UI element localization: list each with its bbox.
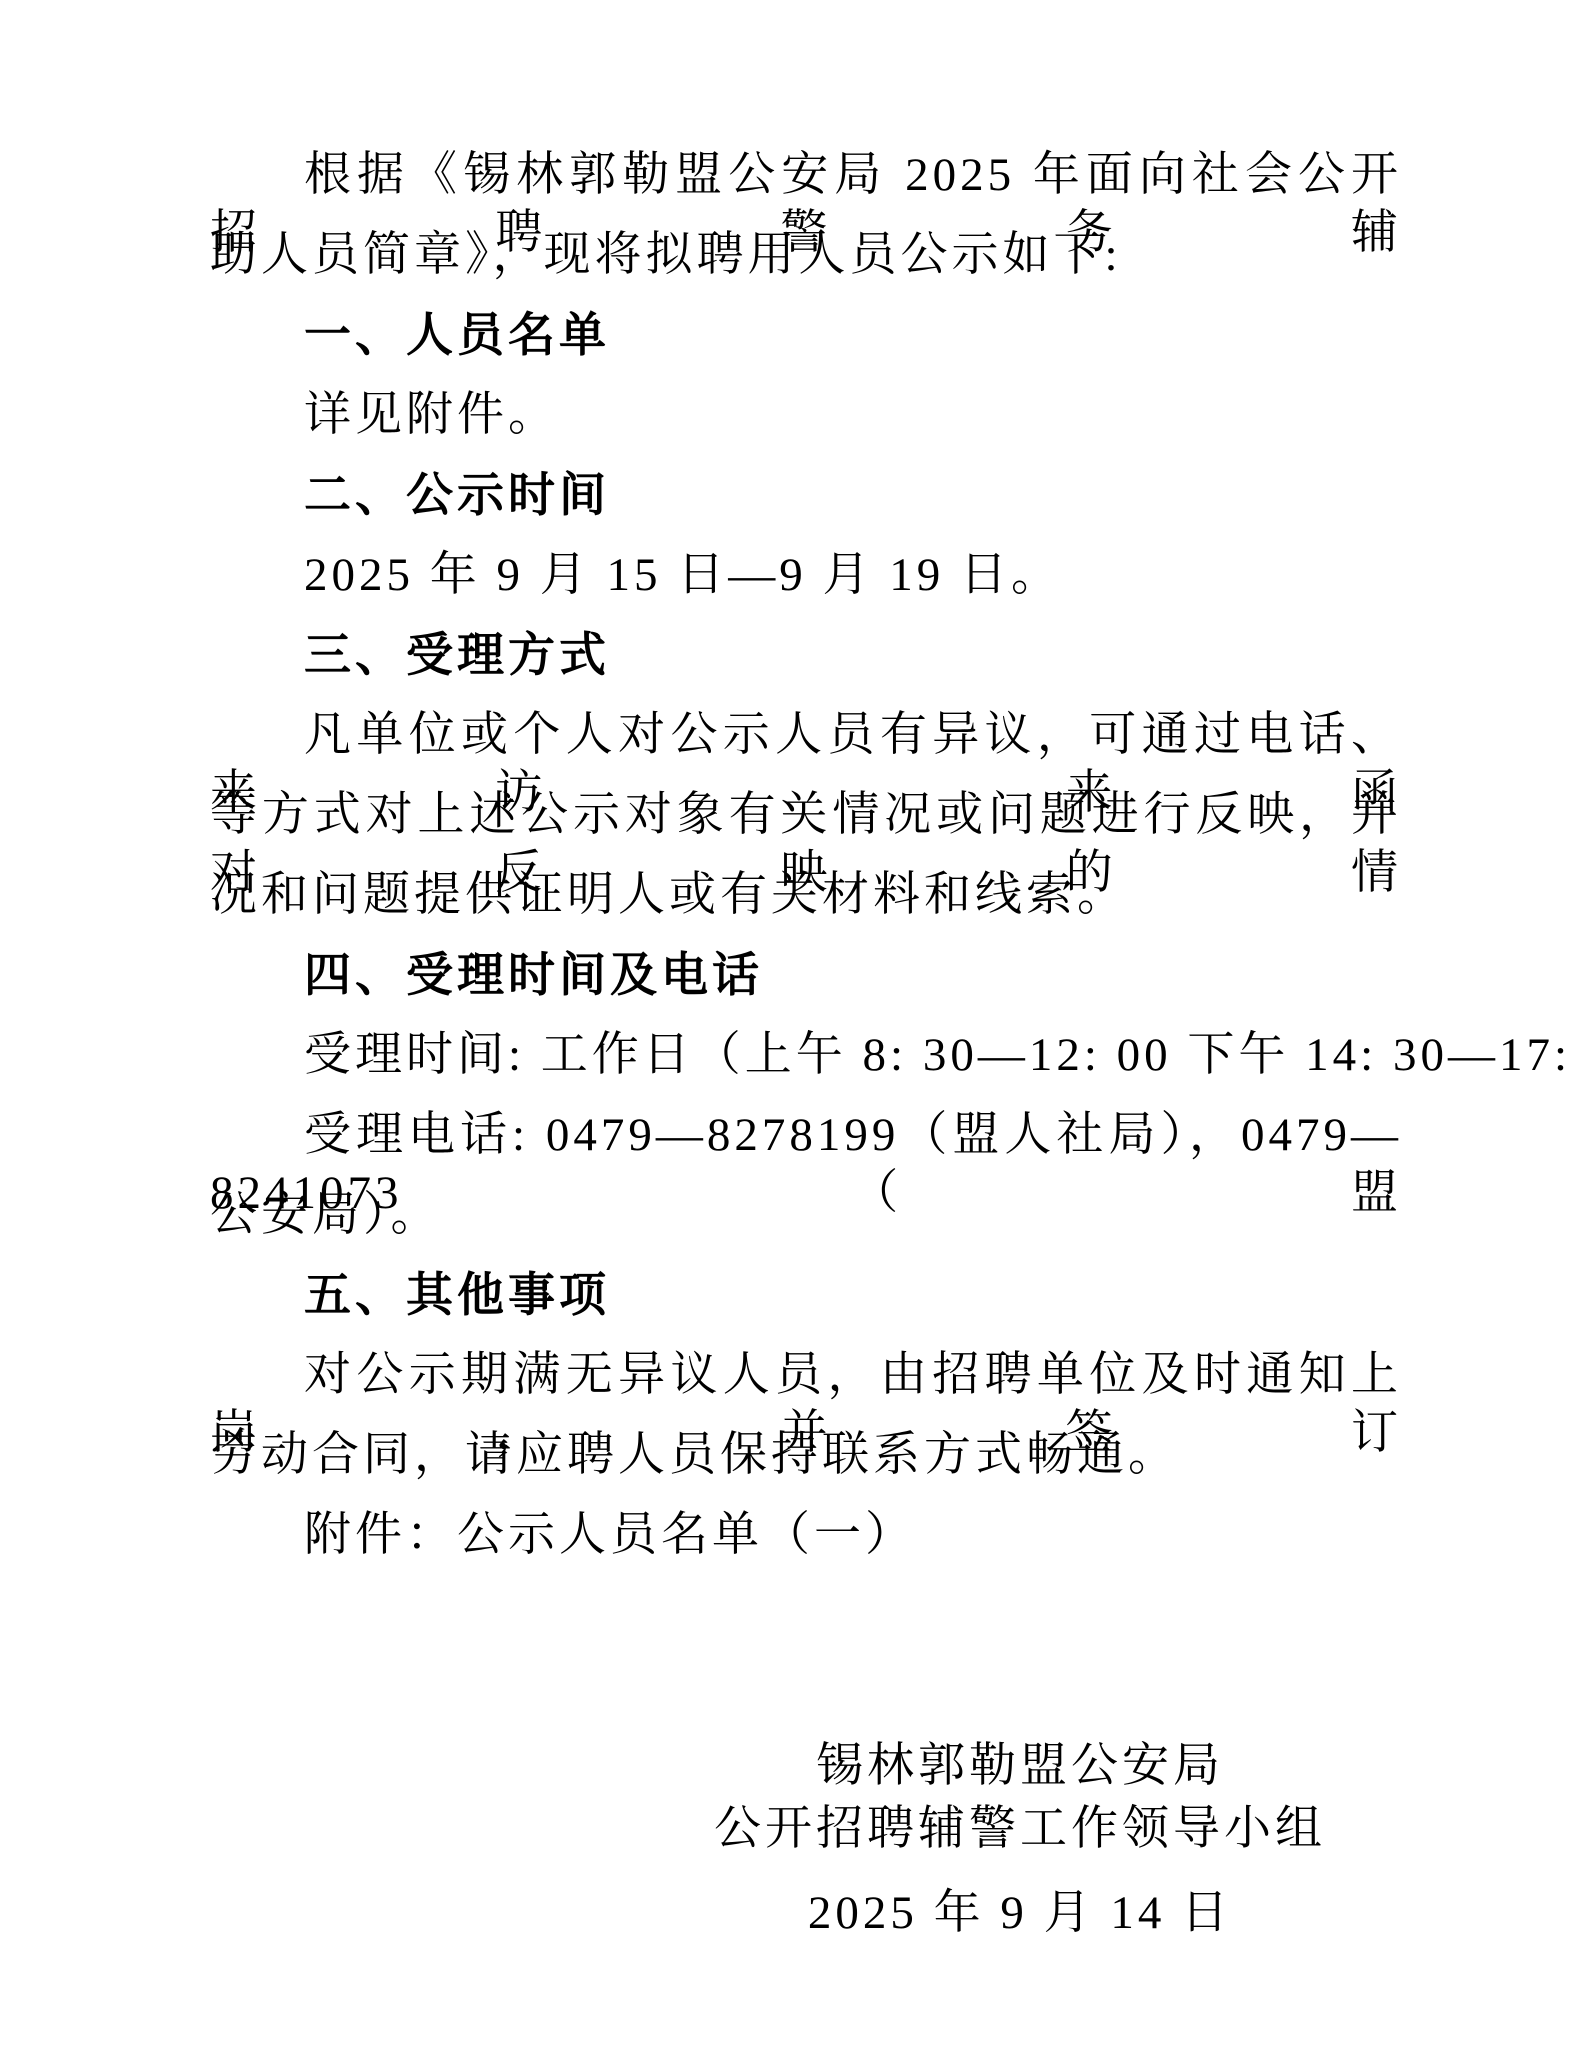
section-heading-1: 一、人员名单: [210, 306, 1402, 386]
section-heading-4: 四、受理时间及电话: [210, 946, 1402, 1026]
intro-paragraph-line-1: 根据《锡林郭勒盟公安局 2025 年面向社会公开招聘警务辅: [210, 146, 1402, 226]
section-1-body-line: 详见附件。: [210, 386, 1402, 466]
attachment-line: 附件：公示人员名单（一）: [210, 1506, 1402, 1586]
signature-date: 2025 年 9 月 14 日: [808, 1884, 1232, 1942]
section-heading-2: 二、公示时间: [210, 466, 1402, 546]
section-2-body-line: 2025 年 9 月 15 日—9 月 19 日。: [210, 546, 1402, 626]
section-4-body-line-2: 受理电话: 0479—8278199（盟人社局），0479—8241073（盟: [210, 1106, 1402, 1186]
document-body: 根据《锡林郭勒盟公安局 2025 年面向社会公开招聘警务辅 助人员简章》，现将拟…: [210, 146, 1402, 1586]
section-heading-5: 五、其他事项: [210, 1266, 1402, 1346]
signature-org-line-2: 公开招聘辅警工作领导小组: [714, 1800, 1326, 1858]
section-5-body-line-1: 对公示期满无异议人员，由招聘单位及时通知上岗，并签订: [210, 1346, 1402, 1426]
section-3-body-line-2: 等方式对上述公示对象有关情况或问题进行反映，并对反映的情: [210, 786, 1402, 866]
section-4-body-line-1: 受理时间: 工作日（上午 8: 30—12: 00 下午 14: 30—17: …: [210, 1026, 1402, 1106]
section-3-body-line-1: 凡单位或个人对公示人员有异议，可通过电话、来访、来函: [210, 706, 1402, 786]
document-page: 根据《锡林郭勒盟公安局 2025 年面向社会公开招聘警务辅 助人员简章》，现将拟…: [0, 0, 1587, 2068]
section-heading-3: 三、受理方式: [210, 626, 1402, 706]
signature-org-line-1: 锡林郭勒盟公安局: [816, 1737, 1224, 1795]
